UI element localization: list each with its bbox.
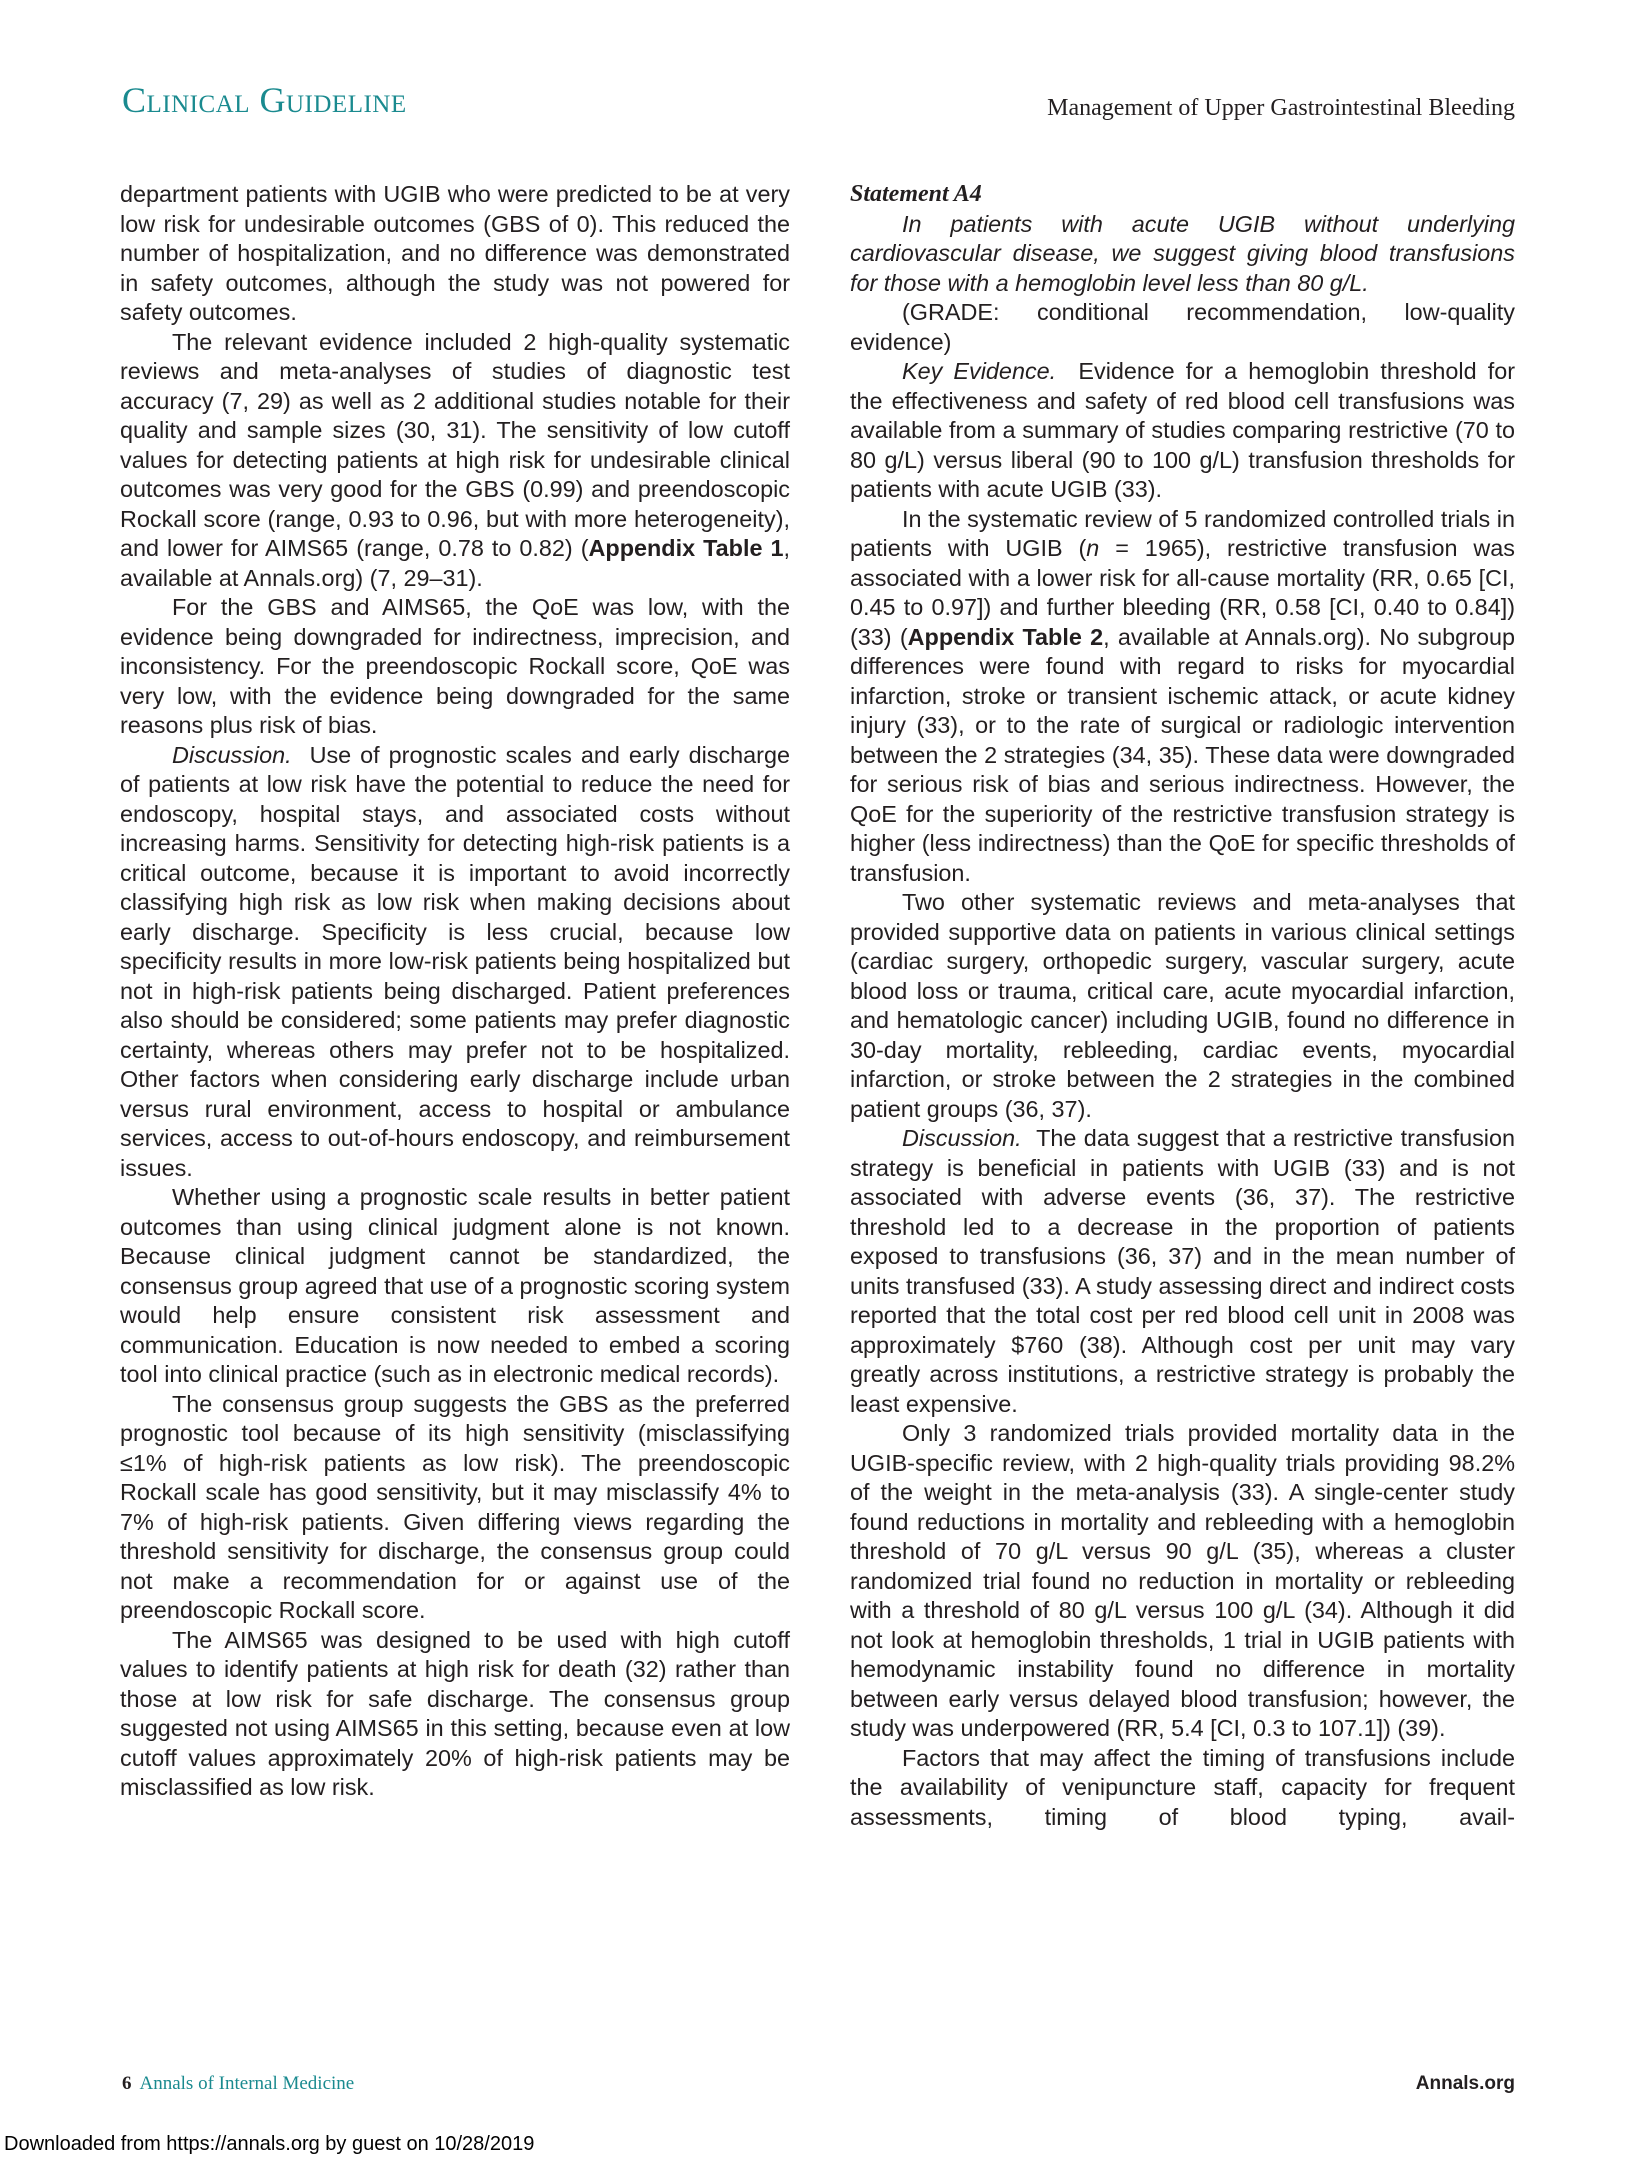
footer-journal: 6Annals of Internal Medicine xyxy=(122,2074,354,2093)
statement-text: In patients with acute UGIB without unde… xyxy=(850,210,1515,299)
paragraph: department patients with UGIB who were p… xyxy=(120,180,790,328)
paragraph: Key Evidence. Evidence for a hemoglobin … xyxy=(850,357,1515,505)
footer-site-link[interactable]: Annals.org xyxy=(1416,2074,1515,2093)
paragraph: In the systematic review of 5 randomized… xyxy=(850,505,1515,889)
paragraph: For the GBS and AIMS65, the QoE was low,… xyxy=(120,593,790,741)
paragraph: Discussion. The data suggest that a rest… xyxy=(850,1124,1515,1419)
key-evidence-label: Key Evidence. xyxy=(902,358,1056,384)
paragraph-text: Use of prognostic scales and early disch… xyxy=(120,742,790,1181)
right-column: Statement A4 In patients with acute UGIB… xyxy=(850,180,1515,1832)
discussion-label: Discussion. xyxy=(172,742,292,768)
discussion-label: Discussion. xyxy=(902,1125,1022,1151)
journal-name: Annals of Internal Medicine xyxy=(140,2073,355,2094)
download-notice: Downloaded from https://annals.org by gu… xyxy=(4,2134,534,2154)
paragraph: Two other systematic reviews and meta-an… xyxy=(850,888,1515,1124)
left-column: department patients with UGIB who were p… xyxy=(120,180,790,1803)
paragraph: Only 3 randomized trials provided mortal… xyxy=(850,1419,1515,1744)
appendix-table-2-link[interactable]: Appendix Table 2 xyxy=(908,624,1103,650)
running-title: Management of Upper Gastrointestinal Ble… xyxy=(1047,96,1515,120)
paragraph: Discussion. Use of prognostic scales and… xyxy=(120,741,790,1184)
appendix-table-1-link[interactable]: Appendix Table 1 xyxy=(589,535,784,561)
paragraph: The relevant evidence included 2 high-qu… xyxy=(120,328,790,594)
statement-heading: Statement A4 xyxy=(850,180,1515,210)
grade-rating: (GRADE: conditional recommendation, low-… xyxy=(850,298,1515,357)
paragraph-text: The data suggest that a restrictive tran… xyxy=(850,1125,1515,1417)
paragraph: The consensus group suggests the GBS as … xyxy=(120,1390,790,1626)
section-label: Clinical Guideline xyxy=(122,82,407,118)
sample-size-symbol: n xyxy=(1086,535,1099,561)
page-number: 6 xyxy=(122,2073,132,2094)
paragraph-text: The relevant evidence included 2 high-qu… xyxy=(120,329,790,562)
paragraph: Whether using a prognostic scale results… xyxy=(120,1183,790,1390)
paragraph: The AIMS65 was designed to be used with … xyxy=(120,1626,790,1803)
paragraph-text: , available at Annals.org). No subgroup … xyxy=(850,624,1515,886)
paragraph: Factors that may affect the timing of tr… xyxy=(850,1744,1515,1833)
